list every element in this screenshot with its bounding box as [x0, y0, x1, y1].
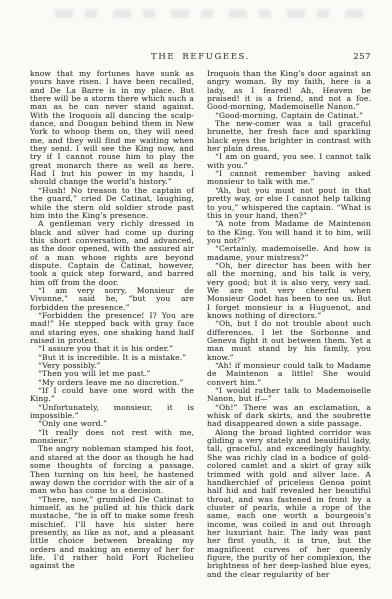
paragraph: “Forbidden the presence! I? You are mad!…: [30, 312, 194, 345]
paragraph: “If I could have one word with the King.…: [30, 387, 194, 404]
paragraph: The angry nobleman stamped his foot, and…: [30, 445, 194, 495]
paragraph: “I would rather talk to Mademoiselle Nan…: [207, 387, 371, 404]
paragraph: “A note from Madame de Maintenon to the …: [207, 220, 371, 245]
paragraph: “It really does not rest with me, monsie…: [30, 429, 194, 446]
paragraph: know that my fortunes have sunk as yours…: [30, 70, 194, 187]
text-columns: know that my fortunes have sunk as yours…: [30, 70, 371, 579]
right-column: Iroquois than the King’s door against an…: [207, 70, 371, 579]
page-number: 257: [353, 52, 371, 62]
paragraph: “I am on guard, you see. I cannot talk w…: [207, 153, 371, 170]
scan-bleed-through-artifact: [55, 9, 375, 18]
paragraph: Iroquois than the King’s door against an…: [207, 70, 371, 112]
paragraph: “Ah! if monsieur could talk to Madame de…: [207, 362, 371, 387]
paragraph: “I cannot remember having asked monsieur…: [207, 170, 371, 187]
paragraph: “Oh, but I do not trouble about such dif…: [207, 320, 371, 362]
paragraph: “Unfortunately, monsieur, it is impossib…: [30, 404, 194, 421]
paragraph: “Certainly, mademoiselle. And how is mad…: [207, 245, 371, 262]
paragraph: “Ah, but you must not pout in that prett…: [207, 187, 371, 220]
paragraph: A gentleman very richly dressed in black…: [30, 220, 194, 287]
paragraph: “Oh!” There was an exclamation, a whisk …: [207, 404, 371, 429]
running-title: THE REFUGEES.: [30, 52, 371, 62]
paragraph: “I am very sorry, Monsieur de Vivonne,” …: [30, 287, 194, 312]
paragraph: “Oh, her director has been with her all …: [207, 262, 371, 320]
paragraph: “Hush! No treason to the captain of the …: [30, 187, 194, 220]
left-column: know that my fortunes have sunk as yours…: [30, 70, 194, 579]
paragraph: The new-comer was a tall graceful brunet…: [207, 120, 371, 153]
paragraph: Along the broad lighted corridor was gli…: [207, 429, 371, 579]
paragraph: “There, now,” grumbled De Catinat to him…: [30, 496, 194, 571]
page-header: THE REFUGEES. 257: [30, 52, 371, 64]
book-page: THE REFUGEES. 257 know that my fortunes …: [0, 0, 392, 599]
